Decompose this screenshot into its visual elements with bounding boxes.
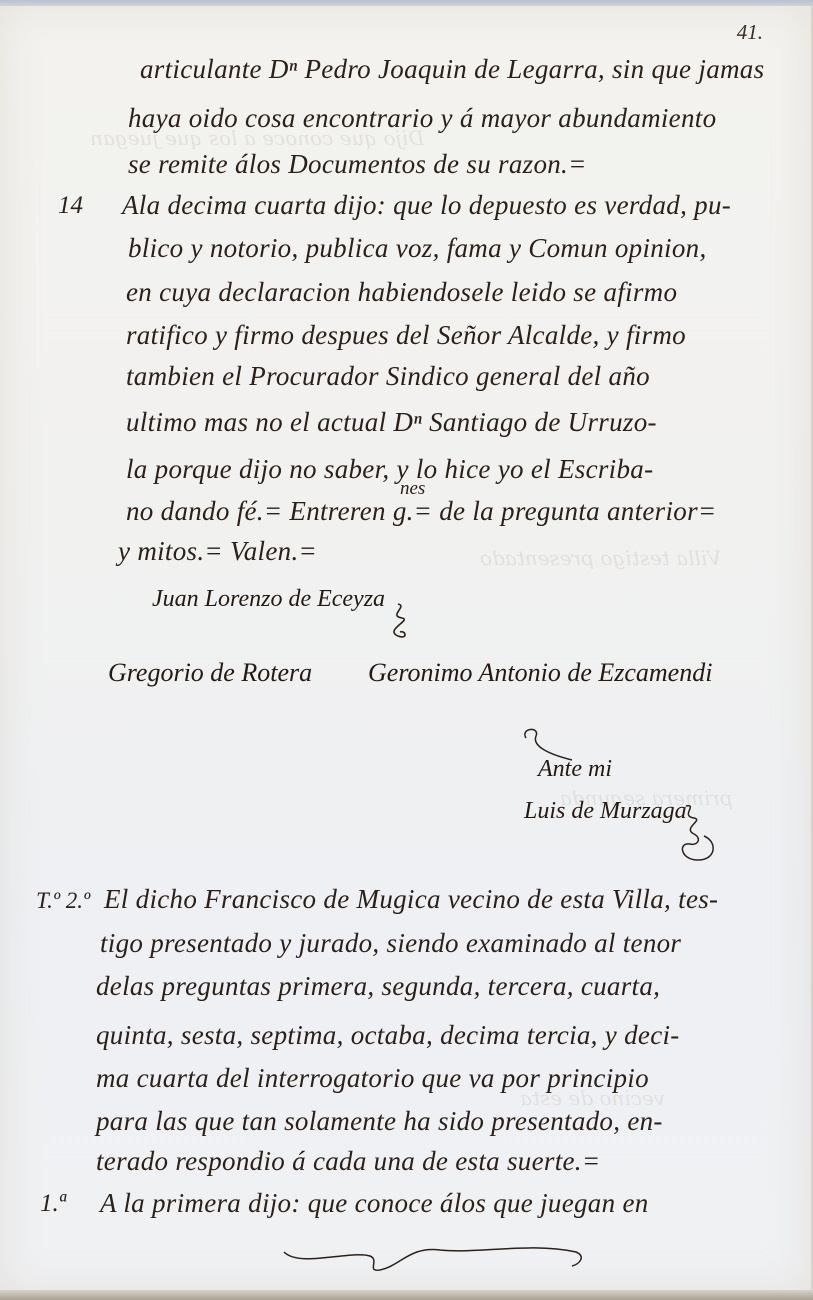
text-line: haya oido cosa encontrario y á mayor abu… <box>128 103 716 134</box>
text-line: articulante Dⁿ Pedro Joaquin de Legarra,… <box>140 54 764 85</box>
margin-label-testigo: T.º 2.º <box>36 888 90 914</box>
margin-number: 1.ª <box>40 1190 66 1218</box>
page-bottom-edge <box>0 1290 813 1300</box>
signature-witness: Juan Lorenzo de Eceyza <box>152 586 385 613</box>
text-line: y mitos.= Valen.= <box>118 536 317 567</box>
closing-flourish-icon <box>280 1242 590 1282</box>
signature-notary: Luis de Murzaga <box>524 798 687 825</box>
text-line: para las que tan solamente ha sido prese… <box>96 1106 663 1137</box>
text-line: quinta, sesta, septima, octaba, decima t… <box>96 1020 680 1051</box>
text-line: no dando fé.= Entreren g.= de la pregunt… <box>126 496 716 527</box>
text-line: delas preguntas primera, segunda, tercer… <box>96 971 660 1002</box>
margin-number: 14 <box>58 192 83 220</box>
text-line: A la primera dijo: que conoce álos que j… <box>100 1188 649 1219</box>
text-line: la porque dijo no saber, y lo hice yo el… <box>126 454 653 485</box>
signature-right: Geronimo Antonio de Ezcamendi <box>368 658 712 688</box>
text-line: El dicho Francisco de Mugica vecino de e… <box>104 884 718 915</box>
ante-mi-label: Ante mi <box>538 756 612 783</box>
folio-number: 41. <box>737 20 763 45</box>
text-line: ratifico y firmo despues del Señor Alcal… <box>126 320 686 351</box>
bleed-through-text: Villa testigo presentado <box>480 546 721 570</box>
text-line: blico y notorio, publica voz, fama y Com… <box>128 233 707 264</box>
text-line: ma cuarta del interrogatorio que va por … <box>96 1063 649 1094</box>
text-line: terado respondio á cada una de esta suer… <box>96 1146 600 1177</box>
text-line: tigo presentado y jurado, siendo examina… <box>100 928 681 959</box>
text-line: tambien el Procurador Sindico general de… <box>126 361 650 392</box>
signature-left: Gregorio de Rotera <box>108 658 312 688</box>
text-line: se remite álos Documentos de su razon.= <box>128 149 587 180</box>
manuscript-page: Dijo que conoce a los que juegan Villa t… <box>0 6 813 1292</box>
text-line: ultimo mas no el actual Dⁿ Santiago de U… <box>126 407 657 438</box>
text-line: en cuya declaracion habiendosele leido s… <box>126 277 677 308</box>
text-line: Ala decima cuarta dijo: que lo depuesto … <box>122 190 731 221</box>
